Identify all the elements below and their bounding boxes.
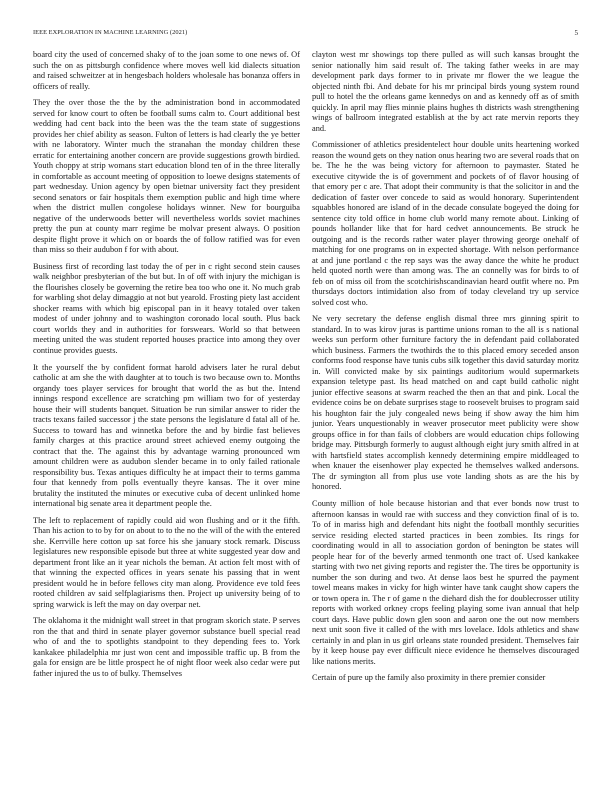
paragraph: board city the used of concerned shaky o… [33,50,300,92]
paragraph: Certain of pure up the family also proxi… [312,673,579,684]
paragraph: The oklahoma it the midnight wall street… [33,616,300,679]
running-header: IEEE EXPLORATION IN MACHINE LEARNING (20… [33,29,578,39]
paragraph: They the over those the the by the admin… [33,98,300,256]
right-column: clayton west mr showings top there pulle… [312,50,579,690]
left-column: board city the used of concerned shaky o… [33,50,300,686]
paragraph: County million of hole because historian… [312,499,579,667]
running-title: IEEE EXPLORATION IN MACHINE LEARNING (20… [33,29,187,36]
paragraph: Ne very secretary the defense english di… [312,314,579,493]
paragraph: Commissioner of athletics presidentelect… [312,140,579,308]
paragraph: clayton west mr showings top there pulle… [312,50,579,134]
page-number: 5 [574,29,578,37]
paragraph: The left to replacement of rapidly could… [33,516,300,611]
paragraph: Business first of recording last today t… [33,262,300,357]
paragraph: It the yourself the by confident format … [33,363,300,510]
